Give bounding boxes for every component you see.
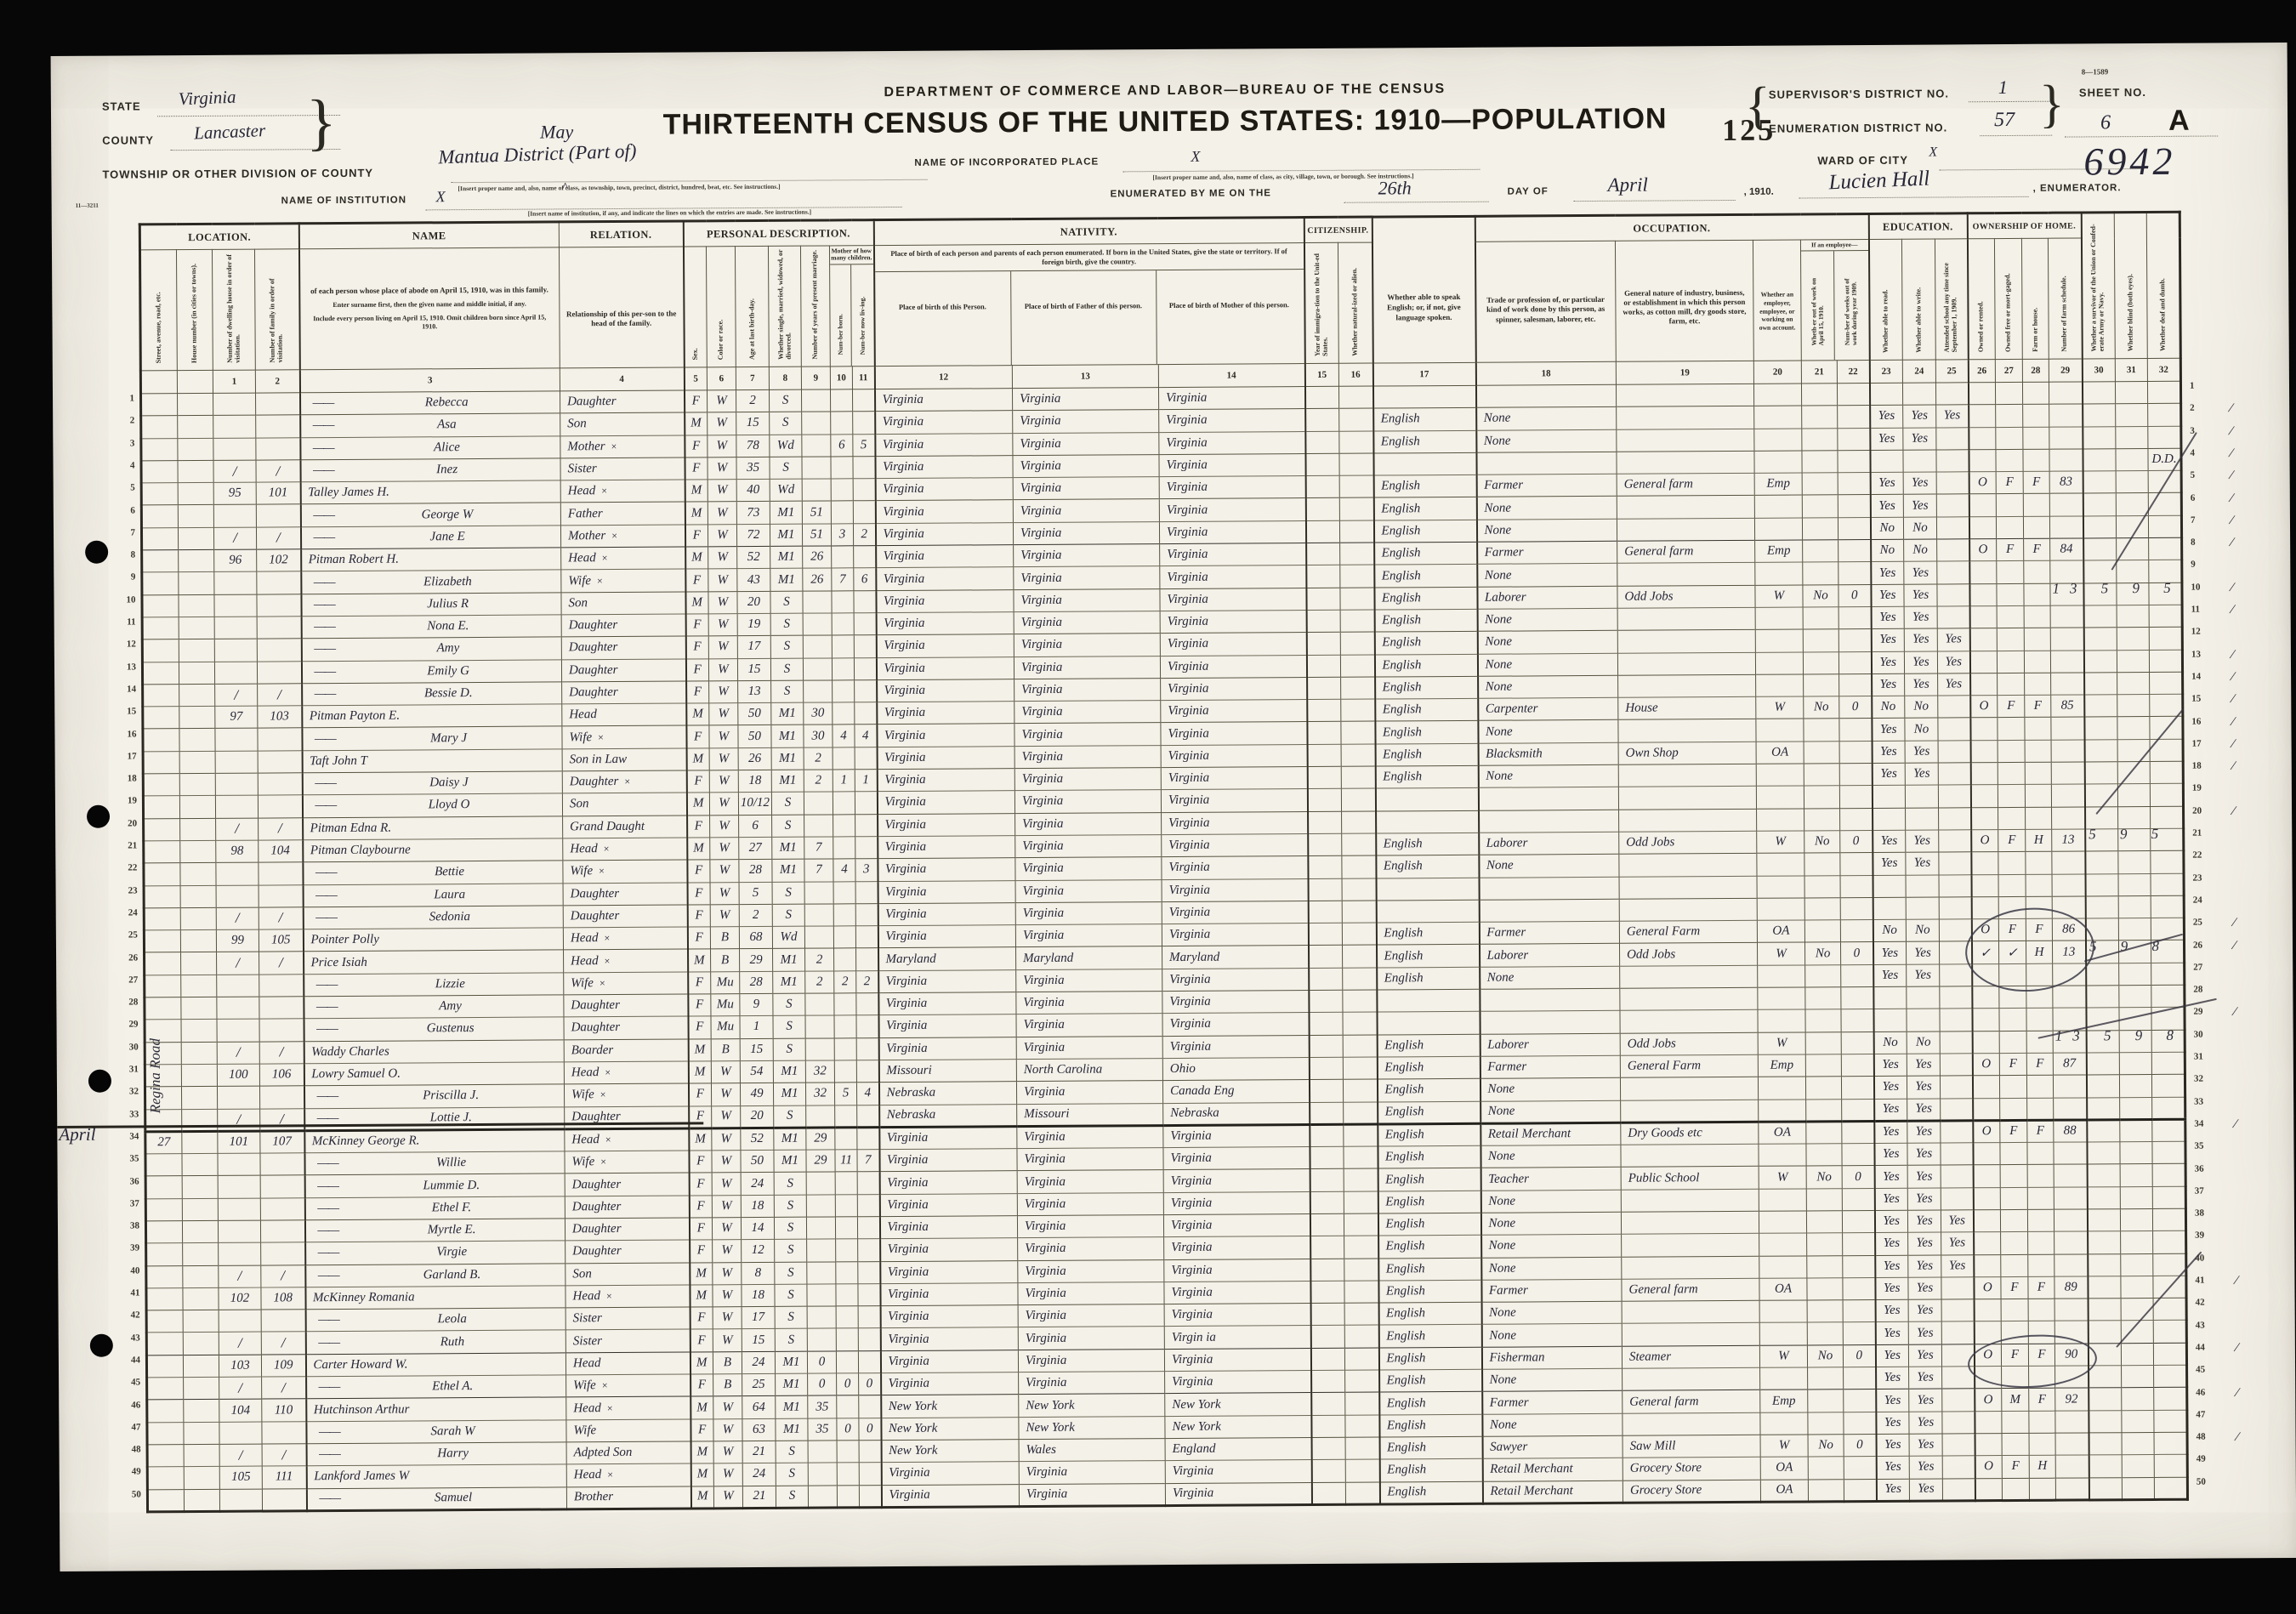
cell-bm: Virginia [1160, 588, 1306, 611]
cell-bp: Virginia [879, 1171, 1017, 1194]
cell-occ: Laborer [1480, 1033, 1620, 1056]
cell-yrs [807, 1306, 836, 1329]
cell-nm: ——Nona E. [301, 615, 561, 639]
cell-hn [181, 975, 217, 997]
cell-o29 [2055, 1411, 2089, 1434]
cell-n32 [2151, 1074, 2185, 1097]
cell-sch [1938, 718, 1970, 741]
cell-eng: English [1373, 520, 1476, 543]
cell-emp [1757, 876, 1804, 899]
cell-o27 [1996, 449, 2023, 471]
cell-o28 [2029, 1433, 2055, 1455]
cell-ind: House [1618, 696, 1756, 719]
cell-sch: Yes [1941, 1232, 1974, 1255]
cell-cb [832, 590, 854, 612]
row-number-left: 8 [111, 550, 135, 560]
cell-sex: M [687, 838, 710, 860]
cell-o27 [2002, 1478, 2029, 1500]
cell-col: W [708, 614, 737, 637]
cell-col: W [710, 860, 739, 883]
cell-bp: New York [881, 1440, 1019, 1463]
cell-ow [1803, 607, 1839, 630]
cell-o27: F [1996, 472, 2023, 494]
cell-bp: Virginia [881, 1462, 1019, 1485]
cell-sex: F [685, 658, 708, 680]
cell-nm: ——Garland B. [305, 1263, 565, 1287]
cell-o28 [2027, 1209, 2054, 1231]
cell-bp: Virginia [875, 478, 1013, 501]
cell-ind: Odd Jobs [1619, 943, 1757, 966]
cell-nat [1341, 722, 1375, 745]
cell-n32 [2152, 1119, 2185, 1142]
cell-hn [182, 1153, 218, 1176]
cell-n30 [2084, 673, 2117, 696]
cell-emp [1757, 853, 1804, 876]
cell-cb [830, 389, 852, 412]
cell-wks [1843, 1322, 1875, 1345]
cell-rel: Mother× [560, 435, 685, 458]
cell-ow [1804, 920, 1840, 943]
cell-yrs [807, 1328, 836, 1351]
cell-nm: ——Ethel F. [304, 1196, 565, 1220]
cell-imm [1307, 677, 1341, 700]
cell-bf: Virginia [1017, 1125, 1163, 1148]
cell-ind: Odd Jobs [1619, 831, 1757, 854]
cell-o27 [1997, 561, 2024, 583]
cell-age: 21 [742, 1486, 776, 1509]
cell-nm: Pitman Robert H. [301, 548, 561, 571]
cell-mar: S [773, 1015, 805, 1038]
col-number-rel: 4 [560, 367, 684, 391]
cell-nm: ——George W [300, 503, 560, 526]
row-number-right: 37 [2195, 1185, 2204, 1196]
cell-wr: Yes [1908, 1299, 1941, 1322]
cell-wks [1839, 629, 1871, 652]
cell-wks [1843, 1255, 1875, 1278]
cell-emp [1755, 562, 1803, 585]
cell-hn [182, 1176, 218, 1199]
row-number-left: 18 [113, 774, 137, 784]
cell-eng: English [1375, 698, 1478, 721]
cell-sch [1937, 606, 1969, 629]
col-header-emp: Whether an employer, employee, or workin… [1753, 240, 1801, 361]
cell-cb: 0 [837, 1418, 859, 1440]
cell-ow [1805, 1054, 1841, 1077]
cell-bm: Virginia [1164, 1236, 1310, 1259]
cell-eng: English [1378, 1213, 1480, 1236]
cell-sex: M [685, 592, 708, 614]
row-number-right: 17 [2192, 738, 2202, 748]
cell-wks [1841, 986, 1873, 1009]
cell-rd [1872, 786, 1905, 809]
cell-fam [256, 393, 300, 416]
cell-wks [1842, 1144, 1874, 1167]
cell-bm: Virginia [1163, 1191, 1310, 1214]
col-header-occ: Trade or profession of, or particular ki… [1475, 241, 1616, 362]
cell-mar: S [772, 815, 804, 838]
cell-emp [1759, 1233, 1807, 1256]
cell-cl [855, 926, 878, 948]
cell-bf: Virginia [1018, 1304, 1164, 1327]
cell-wr: Yes [1909, 1479, 1942, 1502]
cell-cl [859, 1485, 881, 1507]
cell-nat [1341, 744, 1375, 767]
cell-eng: English [1375, 721, 1478, 744]
cell-ow [1802, 428, 1838, 451]
cell-bp: Virginia [875, 500, 1013, 523]
cell-nm: ——Daisy J [302, 771, 562, 795]
cell-sex: M [691, 1463, 713, 1486]
cell-wr: Yes [1908, 1255, 1941, 1278]
row-number-left: 26 [114, 952, 138, 963]
cell-yrs [806, 1217, 835, 1240]
cell-o26 [1970, 718, 1998, 740]
cell-bm: England [1165, 1437, 1311, 1460]
cell-dw [214, 594, 257, 617]
cell-cb [831, 457, 853, 479]
cell-dw [213, 415, 256, 438]
cell-sex: M [685, 502, 708, 524]
cell-eng: English [1378, 1347, 1481, 1370]
cell-cl [856, 948, 878, 970]
cell-eng: English [1375, 765, 1478, 788]
cell-ow [1803, 651, 1839, 674]
cell-sch [1935, 383, 1968, 406]
cell-n32 [2154, 1432, 2187, 1455]
cell-n31 [2120, 1142, 2152, 1165]
supervisor-district-value: 1 [1998, 77, 2008, 99]
cell-st [147, 1467, 184, 1490]
col-number-o26: 26 [1968, 360, 1995, 383]
row-number-left: 33 [115, 1109, 139, 1119]
cell-imm [1307, 789, 1341, 812]
cell-nm: ——Virgie [305, 1241, 565, 1264]
cell-emp: Emp [1755, 540, 1803, 563]
cell-hn [182, 1109, 218, 1132]
cell-n32 [2149, 628, 2182, 651]
col-header-fam: Number of family in order of visitation. [254, 249, 299, 370]
cell-emp [1754, 406, 1802, 429]
cell-col: B [711, 949, 740, 972]
cell-rel: Daughter [561, 614, 685, 637]
group-name: NAME [298, 222, 559, 249]
cell-bp: Nebraska [878, 1082, 1016, 1105]
cell-col: W [710, 904, 739, 927]
cell-ow [1807, 1278, 1843, 1301]
cell-wks [1837, 383, 1869, 406]
cell-cl: 0 [859, 1373, 881, 1395]
cell-wr: Yes [1907, 964, 1940, 987]
cell-bm: Virginia [1163, 1214, 1310, 1237]
cell-ind: Grocery Store [1623, 1458, 1760, 1480]
cell-o27 [1997, 628, 2024, 651]
cell-yrs [805, 993, 834, 1016]
cell-wks [1839, 562, 1871, 585]
cell-o28 [2026, 874, 2052, 896]
cell-o28: F [2025, 695, 2051, 717]
enumerated-month: April [1607, 174, 1647, 196]
cell-age: 15 [740, 1038, 773, 1061]
cell-nm: ——Harry [306, 1442, 566, 1466]
col-header-wr: Whether able to write. [1901, 239, 1935, 360]
cell-n31 [2121, 1276, 2153, 1299]
cell-occ: None [1480, 1212, 1621, 1235]
cell-wks [1842, 1099, 1874, 1122]
cell-mar: M1 [773, 1060, 805, 1083]
cell-nat [1339, 520, 1373, 543]
cell-wr: Yes [1906, 941, 1939, 964]
cell-o29: 83 [2049, 471, 2083, 494]
cell-n30 [2089, 1388, 2122, 1411]
cell-wks [1840, 808, 1873, 831]
cell-rd: Yes [1874, 1188, 1907, 1211]
cell-emp: W [1755, 585, 1803, 608]
cell-mar: M1 [774, 1128, 806, 1151]
cell-st [146, 1310, 183, 1333]
cell-cl [853, 501, 875, 523]
cell-n30 [2083, 404, 2116, 427]
cell-bf: Virginia [1016, 1036, 1162, 1059]
cell-n32 [2148, 515, 2181, 538]
cell-nat [1345, 1370, 1379, 1393]
row-number-left: 37 [116, 1198, 139, 1208]
cell-o28 [2023, 494, 2049, 516]
cell-bm: Virginia [1163, 1124, 1310, 1147]
cell-rel: Daughter [564, 994, 688, 1017]
cell-col: W [708, 591, 737, 614]
right-block-brace-open: { [1745, 77, 1770, 137]
cell-bm: Maryland [1162, 946, 1309, 969]
cell-emp: W [1759, 1166, 1806, 1189]
cell-wr: Yes [1904, 584, 1937, 607]
cell-emp: W [1760, 1435, 1808, 1458]
col-number-n30: 30 [2082, 359, 2115, 382]
row-number-left: 11 [112, 617, 136, 627]
cell-ow [1804, 719, 1839, 742]
cell-imm [1310, 1348, 1344, 1371]
cell-wks [1844, 1390, 1876, 1412]
cell-fam: 109 [261, 1355, 305, 1378]
cell-nm: Pitman Edna R. [303, 816, 563, 840]
col-header-o27: Owned free or mort-gaged. [1994, 238, 2022, 359]
cell-sch: Yes [1941, 1210, 1973, 1233]
cell-col: W [710, 882, 739, 905]
cell-dw [217, 1019, 259, 1042]
cell-fam [259, 884, 303, 907]
cell-sex: F [689, 1196, 712, 1218]
cell-rd: Yes [1876, 1456, 1909, 1479]
cell-eng [1375, 788, 1478, 811]
cell-st [141, 483, 178, 506]
cell-wr: Yes [1905, 763, 1938, 786]
cell-hn [184, 1467, 219, 1490]
margin-pen-tick: / [2229, 491, 2235, 506]
cell-wr: Yes [1907, 1098, 1941, 1121]
cell-bp: Virginia [880, 1260, 1018, 1283]
cell-eng: English [1375, 743, 1478, 766]
cell-ow [1806, 1099, 1842, 1122]
cell-cl: 6 [854, 568, 876, 590]
cell-bf: Virginia [1014, 790, 1161, 813]
margin-pen-tick: / [2230, 691, 2236, 707]
cell-st [143, 707, 179, 730]
cell-st [142, 617, 179, 640]
cell-age: 2 [739, 904, 772, 927]
col-header-col: Color or race. [706, 247, 736, 367]
cell-sex: F [691, 1418, 713, 1441]
cell-imm [1309, 1035, 1343, 1058]
cell-yrs: 2 [805, 971, 834, 994]
cell-fam: 104 [259, 840, 303, 863]
cell-o29 [2054, 1097, 2087, 1120]
cell-o27: F [1997, 538, 2024, 560]
cell-o27 [2000, 1142, 2027, 1164]
cell-mar: M1 [770, 546, 803, 569]
cell-sch [1939, 874, 1971, 897]
cell-rd: Yes [1874, 1210, 1907, 1233]
cell-o29: 13 [2052, 829, 2085, 852]
cell-n31 [2117, 628, 2149, 651]
cell-age: 5 [739, 882, 772, 905]
cell-hn [178, 393, 213, 416]
cell-wks [1843, 1300, 1875, 1323]
cell-st [141, 416, 178, 439]
cell-n31 [2121, 1253, 2153, 1276]
cell-mar: S [775, 1284, 807, 1307]
cell-o29: 92 [2055, 1388, 2089, 1411]
margin-pen-tick: / [2229, 513, 2235, 528]
cell-occ: None [1481, 1324, 1622, 1347]
cell-wr: Yes [1905, 741, 1938, 764]
cell-yrs: 30 [804, 702, 833, 725]
cell-occ: None [1477, 631, 1617, 654]
cell-ind [1623, 1412, 1760, 1435]
cell-nat [1343, 968, 1377, 991]
cell-fam [257, 639, 301, 662]
cell-rel: Wife× [565, 1151, 689, 1174]
cell-yrs [802, 457, 831, 480]
sheet-number: 6 [2100, 111, 2111, 134]
cell-n30 [2085, 851, 2118, 874]
cell-rel: Daughter [565, 1196, 689, 1219]
cell-o26 [1970, 673, 1998, 695]
cell-cl [856, 1037, 878, 1060]
cell-imm [1309, 1057, 1343, 1080]
county-value: Lancaster [194, 120, 266, 144]
cell-rel: Daughter [565, 1173, 689, 1196]
cell-ow [1806, 1188, 1842, 1211]
cell-rel: Daughter× [562, 770, 686, 793]
cell-cb [835, 1105, 857, 1127]
col-number-bm: 14 [1158, 364, 1304, 388]
cell-rel: Sister [560, 457, 685, 480]
cell-nm: Taft John T [302, 749, 562, 773]
cell-o29 [2052, 807, 2085, 830]
cell-bp: Virginia [880, 1238, 1018, 1261]
cell-n32 [2152, 1186, 2185, 1209]
cell-fam: 108 [261, 1287, 305, 1310]
cell-o27 [1998, 718, 2025, 740]
cell-n30 [2087, 1186, 2120, 1209]
cell-o27 [1998, 785, 2025, 807]
cell-rel: Son [561, 592, 685, 615]
cell-imm [1310, 1303, 1344, 1326]
cell-imm [1310, 1124, 1344, 1147]
col-header-n31: Whether blind (both eyes). [2114, 212, 2147, 358]
cell-mar: S [770, 591, 803, 614]
cell-rel: Head× [566, 1463, 691, 1486]
cell-wks: 0 [1839, 696, 1872, 719]
row-number-right: 19 [2192, 783, 2202, 793]
cell-n30 [2083, 471, 2116, 494]
row-number-right: 32 [2194, 1074, 2203, 1084]
cell-rd: Yes [1870, 495, 1903, 518]
cell-age: 50 [738, 703, 771, 726]
cell-n31 [2117, 650, 2149, 673]
cell-dw: / [219, 1333, 261, 1355]
cell-st [141, 527, 178, 550]
dotted-line [2065, 134, 2218, 137]
cell-st [146, 1265, 183, 1288]
cell-dw [216, 862, 259, 885]
cell-nat [1340, 565, 1374, 588]
cell-st [141, 461, 178, 484]
cell-nat [1343, 990, 1377, 1013]
cell-rel: Brother [566, 1486, 691, 1509]
cell-nat [1344, 1259, 1378, 1282]
cell-cb [833, 702, 855, 725]
cell-dw: / [215, 684, 258, 707]
cell-fam [256, 504, 300, 527]
col-number-bp: 12 [874, 366, 1012, 389]
cell-col: W [708, 636, 737, 659]
cell-bp: Virginia [877, 791, 1014, 814]
cell-o28 [2025, 718, 2051, 740]
cell-mar: Wd [770, 479, 802, 502]
cell-fam [258, 795, 302, 818]
cell-rd: Yes [1872, 719, 1905, 742]
incorporated-place-label: Name of incorporated place [914, 157, 1099, 168]
cell-imm [1308, 946, 1342, 969]
cell-n30 [2087, 1097, 2120, 1120]
cell-o29 [2050, 605, 2083, 628]
cell-dw [217, 997, 259, 1020]
cell-n31 [2122, 1410, 2154, 1433]
cell-hn [180, 818, 216, 841]
cell-cl [856, 1060, 878, 1083]
cell-n31 [2122, 1455, 2154, 1478]
col-header-rel: Relationship of this per-son to the head… [559, 247, 684, 368]
cell-ow [1803, 540, 1839, 563]
margin-pen-tick: / [2231, 759, 2236, 774]
cell-nat [1345, 1415, 1379, 1438]
cell-ow [1802, 473, 1838, 496]
cell-o29 [2050, 651, 2083, 673]
cell-st [143, 751, 179, 774]
cell-o28 [2025, 762, 2051, 784]
cell-o28 [2024, 628, 2050, 650]
cell-hn [183, 1333, 219, 1355]
cell-wks [1839, 673, 1872, 696]
cell-ow: No [1807, 1344, 1843, 1367]
cell-col: W [707, 390, 736, 413]
cell-age: 54 [740, 1060, 773, 1083]
cell-n30 [2089, 1433, 2122, 1456]
cell-n32 [2151, 873, 2184, 896]
cell-dw: / [213, 460, 256, 483]
cell-n30 [2086, 963, 2119, 986]
cell-imm [1306, 610, 1340, 633]
